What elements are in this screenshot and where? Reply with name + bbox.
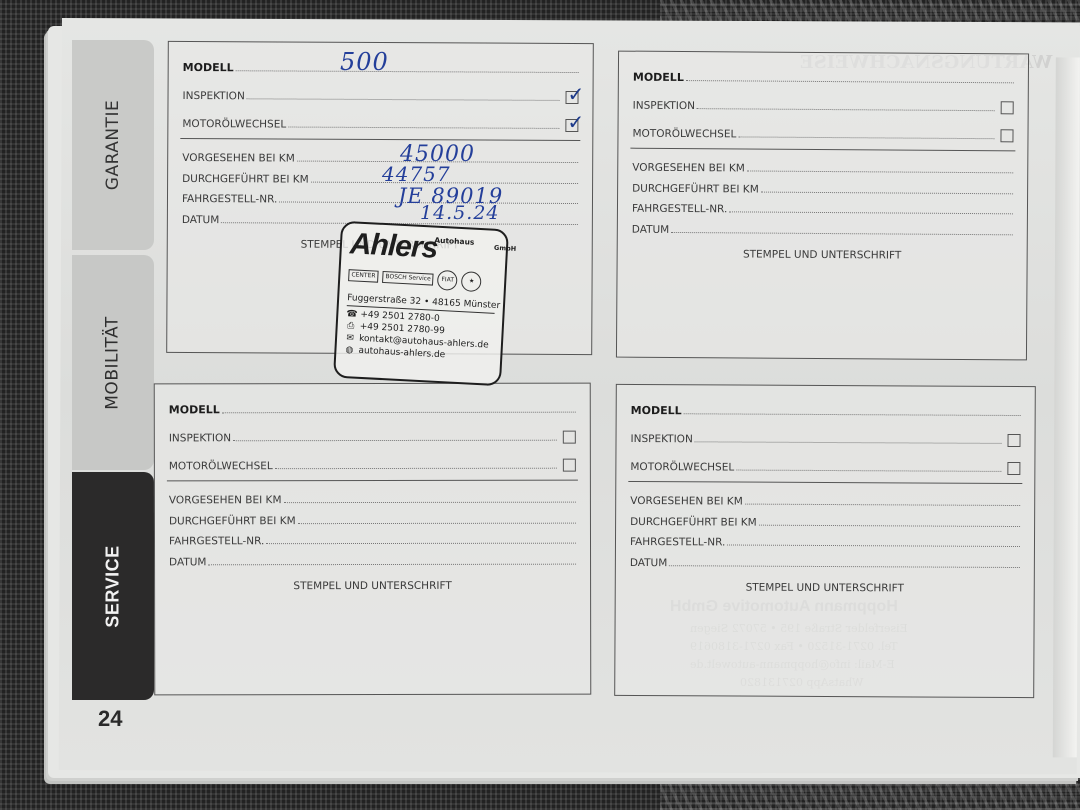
center-logo: CENTER	[348, 269, 379, 283]
dealer-contact: ☎+49 2501 2780-0 ⎙+49 2501 2780-99 ✉kont…	[344, 308, 494, 364]
dotted-fill-line	[208, 564, 576, 566]
motoroelwechsel-checkbox[interactable]	[1007, 462, 1020, 475]
phone-icon: ☎	[346, 308, 357, 321]
tab-garantie-label: GARANTIE	[103, 100, 123, 190]
dotted-fill-line	[697, 108, 995, 111]
field-label: FAHRGESTELL-NR.	[169, 535, 266, 547]
section-divider	[180, 138, 580, 141]
field-modell[interactable]: MODELL	[631, 399, 1021, 419]
field-inspektion[interactable]: INSPEKTION	[169, 426, 576, 445]
field-label: MODELL	[631, 404, 684, 417]
dotted-fill-line	[247, 98, 560, 101]
dotted-fill-line	[222, 412, 576, 414]
field-label: DURCHGEFÜHRT BEI KM	[632, 183, 761, 196]
dotted-fill-line	[266, 543, 576, 545]
dotted-fill-line	[695, 441, 1002, 444]
field-durchgefuehrt-km[interactable]: DURCHGEFÜHRT BEI KM	[630, 510, 1020, 530]
email-icon: ✉	[345, 332, 356, 345]
inspektion-checkbox[interactable]	[1007, 434, 1020, 447]
dotted-fill-line	[233, 440, 557, 442]
field-inspektion[interactable]: INSPEKTION	[633, 94, 1014, 115]
dealer-brand-suffix: GmbH	[494, 245, 500, 252]
dotted-fill-line	[236, 70, 579, 73]
field-vorgesehen-km[interactable]: VORGESEHEN BEI KM	[169, 488, 576, 507]
handwritten-durchgefuehrt-km: 44757	[382, 162, 451, 186]
motoroelwechsel-checkbox[interactable]	[563, 459, 576, 472]
field-motoroelwechsel[interactable]: MOTORÖLWECHSEL	[630, 455, 1020, 475]
field-label: INSPEKTION	[183, 90, 247, 102]
field-vorgesehen-km[interactable]: VORGESEHEN BEI KM	[630, 489, 1020, 509]
field-label: MOTORÖLWECHSEL	[182, 118, 288, 131]
dotted-fill-line	[759, 525, 1020, 527]
dotted-fill-line	[298, 523, 576, 524]
checkmark-icon: ✓	[567, 112, 584, 132]
field-inspektion[interactable]: INSPEKTION✓	[183, 84, 579, 104]
field-label: FAHRGESTELL-NR.	[632, 203, 729, 216]
dotted-fill-line	[686, 80, 1014, 83]
field-label: MOTORÖLWECHSEL	[169, 460, 275, 472]
field-label: DATUM	[632, 224, 672, 236]
field-label: DURCHGEFÜHRT BEI KM	[182, 173, 311, 186]
field-label: VORGESEHEN BEI KM	[169, 494, 284, 506]
inspektion-checkbox[interactable]	[563, 431, 576, 444]
field-label: VORGESEHEN BEI KM	[630, 495, 745, 508]
dotted-fill-line	[736, 470, 1001, 472]
field-datum[interactable]: DATUM	[169, 550, 576, 569]
field-label: VORGESEHEN BEI KM	[182, 152, 297, 165]
field-label: MOTORÖLWECHSEL	[632, 128, 738, 141]
field-datum[interactable]: DATUM	[632, 218, 1013, 239]
handwritten-modell: 500	[340, 48, 389, 76]
field-fahrgestell-nr[interactable]: FAHRGESTELL-NR.	[632, 197, 1013, 218]
field-label: DURCHGEFÜHRT BEI KM	[630, 516, 759, 529]
field-fahrgestell-nr[interactable]: FAHRGESTELL-NR.	[630, 530, 1020, 550]
tab-mobilitaet[interactable]: MOBILITÄT	[72, 255, 154, 470]
fiat-logo: FIAT	[437, 270, 458, 291]
dotted-fill-line	[288, 127, 559, 129]
stamp-signature-label: STEMPEL UND UNTERSCHRIFT	[155, 580, 590, 593]
field-fahrgestell-nr[interactable]: FAHRGESTELL-NR.	[169, 529, 576, 548]
tab-service-label: SERVICE	[103, 545, 124, 627]
field-label: INSPEKTION	[633, 100, 697, 112]
field-durchgefuehrt-km[interactable]: DURCHGEFÜHRT BEI KM	[632, 177, 1013, 198]
dotted-fill-line	[761, 192, 1013, 195]
dotted-fill-line	[745, 504, 1020, 506]
service-entry-top-right: MODELLINSPEKTIONMOTORÖLWECHSELVORGESEHEN…	[616, 51, 1029, 361]
field-label: MOTORÖLWECHSEL	[630, 461, 736, 474]
field-label: INSPEKTION	[631, 433, 695, 445]
dotted-fill-line	[747, 170, 1013, 173]
checkmark-icon: ✓	[567, 84, 584, 104]
field-motoroelwechsel[interactable]: MOTORÖLWECHSEL	[169, 454, 576, 473]
field-inspektion[interactable]: INSPEKTION	[631, 427, 1021, 447]
fax-icon: ⎙	[345, 320, 356, 333]
section-divider	[628, 481, 1022, 484]
dotted-fill-line	[669, 565, 1020, 568]
page-right-edge	[1053, 57, 1080, 757]
stamp-signature-label: STEMPEL UND UNTERSCHRIFT	[618, 248, 1027, 263]
dotted-fill-line	[727, 544, 1020, 547]
dealer-stamp: Ahlers Autohaus GmbH CENTER BOSCH Servic…	[333, 221, 509, 387]
field-datum[interactable]: DATUM	[630, 551, 1020, 571]
field-label: MODELL	[183, 61, 236, 74]
inspektion-checkbox[interactable]	[1001, 101, 1014, 114]
section-divider	[167, 480, 578, 482]
field-label: DATUM	[630, 557, 669, 569]
field-vorgesehen-km[interactable]: VORGESEHEN BEI KM	[182, 146, 578, 166]
inspektion-checkbox[interactable]: ✓	[565, 91, 578, 104]
field-label: DATUM	[169, 556, 208, 568]
bosch-service-logo: BOSCH Service	[382, 271, 434, 286]
dotted-fill-line	[275, 468, 557, 469]
field-label: MODELL	[633, 71, 686, 84]
tab-service[interactable]: SERVICE	[72, 472, 154, 700]
field-motoroelwechsel[interactable]: MOTORÖLWECHSEL✓	[182, 112, 578, 132]
dotted-fill-line	[684, 413, 1021, 416]
tab-mobilitaet-label: MOBILITÄT	[103, 316, 123, 409]
handwritten-datum: 14.5.24	[420, 202, 500, 224]
field-label: MODELL	[169, 403, 222, 416]
field-motoroelwechsel[interactable]: MOTORÖLWECHSEL	[632, 122, 1013, 143]
dotted-fill-line	[738, 136, 994, 139]
field-label: VORGESEHEN BEI KM	[632, 162, 747, 175]
field-label: DURCHGEFÜHRT BEI KM	[169, 515, 298, 527]
dealer-brand: Ahlers	[349, 229, 498, 267]
field-fahrgestell-nr[interactable]: FAHRGESTELL-NR.	[182, 187, 578, 207]
tab-garantie[interactable]: GARANTIE	[72, 40, 154, 250]
field-vorgesehen-km[interactable]: VORGESEHEN BEI KM	[632, 156, 1013, 177]
motoroelwechsel-checkbox[interactable]	[1000, 129, 1013, 142]
field-label: DATUM	[182, 214, 221, 226]
motoroelwechsel-checkbox[interactable]: ✓	[565, 119, 578, 132]
field-label: FAHRGESTELL-NR.	[182, 193, 279, 206]
service-entry-bottom-right: MODELLINSPEKTIONMOTORÖLWECHSELVORGESEHEN…	[614, 384, 1036, 698]
field-label: FAHRGESTELL-NR.	[630, 536, 727, 549]
field-durchgefuehrt-km[interactable]: DURCHGEFÜHRT BEI KM	[169, 509, 576, 528]
dotted-fill-line	[671, 232, 1013, 235]
dealer-logos: CENTER BOSCH Service FIAT ★	[348, 261, 497, 297]
abarth-logo: ★	[461, 271, 482, 292]
stamp-signature-label: STEMPEL UND UNTERSCHRIFT	[616, 581, 1034, 595]
section-divider	[630, 148, 1015, 152]
globe-icon: ◍	[344, 344, 355, 357]
page-number: 24	[98, 706, 122, 732]
field-modell[interactable]: MODELL	[169, 398, 576, 417]
dotted-fill-line	[284, 502, 576, 504]
field-durchgefuehrt-km[interactable]: DURCHGEFÜHRT BEI KM	[182, 167, 578, 187]
dotted-fill-line	[729, 211, 1013, 214]
service-entry-bottom-left: MODELLINSPEKTIONMOTORÖLWECHSELVORGESEHEN…	[154, 383, 592, 696]
field-label: INSPEKTION	[169, 432, 233, 444]
field-modell[interactable]: MODELL	[633, 66, 1014, 87]
